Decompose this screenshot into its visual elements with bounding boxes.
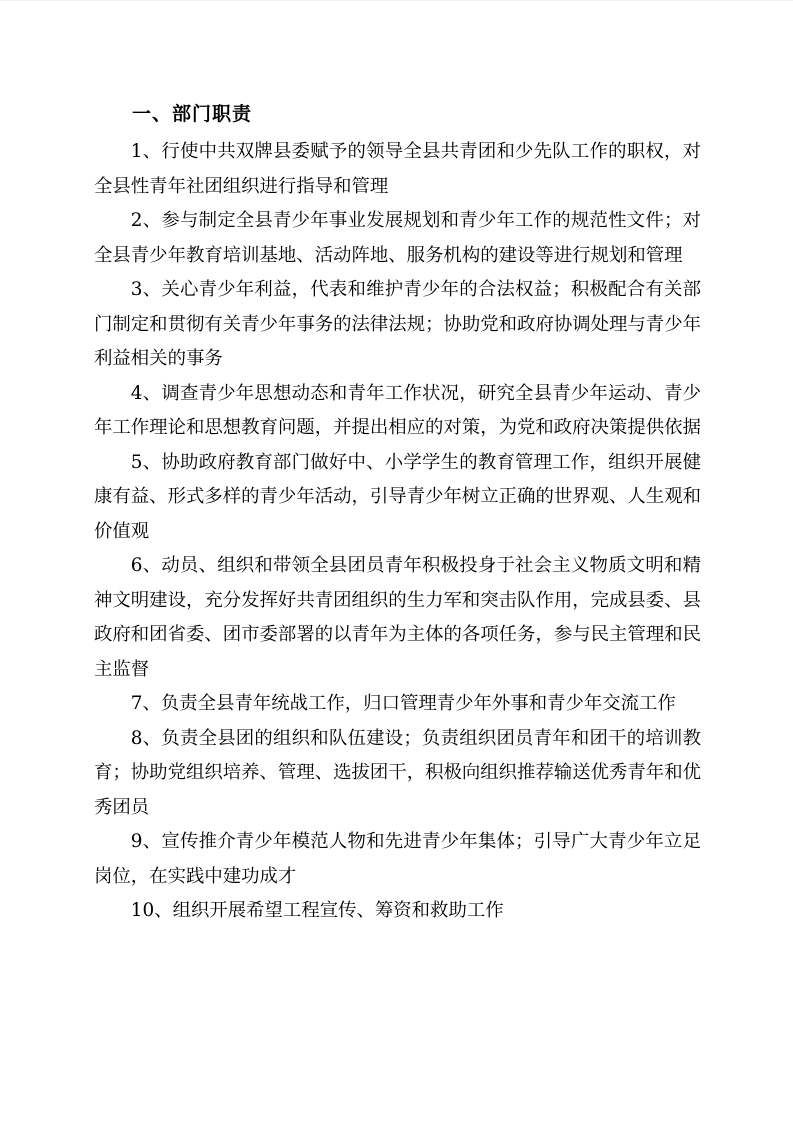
document-content: 一、部门职责 1、行使中共双牌县委赋予的领导全县共青团和少先队工作的职权，对全县…	[94, 97, 701, 929]
paragraph: 7、负责全县青年统战工作，归口管理青少年外事和青少年交流工作	[94, 687, 701, 722]
paragraph: 5、协助政府教育部门做好中、小学学生的教育管理工作，组织开展健康有益、形式多样的…	[94, 446, 701, 550]
paragraph: 10、组织开展希望工程宣传、筹资和救助工作	[94, 894, 701, 929]
paragraph: 1、行使中共双牌县委赋予的领导全县共青团和少先队工作的职权，对全县性青年社团组织…	[94, 135, 701, 204]
paragraph: 2、参与制定全县青少年事业发展规划和青少年工作的规范性文件；对全县青少年教育培训…	[94, 204, 701, 273]
document-page: 一、部门职责 1、行使中共双牌县委赋予的领导全县共青团和少先队工作的职权，对全县…	[0, 0, 793, 1122]
paragraph: 3、关心青少年利益，代表和维护青少年的合法权益；积极配合有关部门制定和贯彻有关青…	[94, 273, 701, 377]
section-heading: 一、部门职责	[94, 97, 701, 131]
paragraph: 6、动员、组织和带领全县团员青年积极投身于社会主义物质文明和精神文明建设，充分发…	[94, 549, 701, 687]
paragraph: 9、宣传推介青少年模范人物和先进青少年集体；引导广大青少年立足岗位，在实践中建功…	[94, 825, 701, 894]
paragraph: 4、调查青少年思想动态和青年工作状况，研究全县青少年运动、青少年工作理论和思想教…	[94, 377, 701, 446]
document-body: 1、行使中共双牌县委赋予的领导全县共青团和少先队工作的职权，对全县性青年社团组织…	[94, 135, 701, 929]
paragraph: 8、负责全县团的组织和队伍建设；负责组织团员青年和团干的培训教育；协助党组织培养…	[94, 722, 701, 826]
